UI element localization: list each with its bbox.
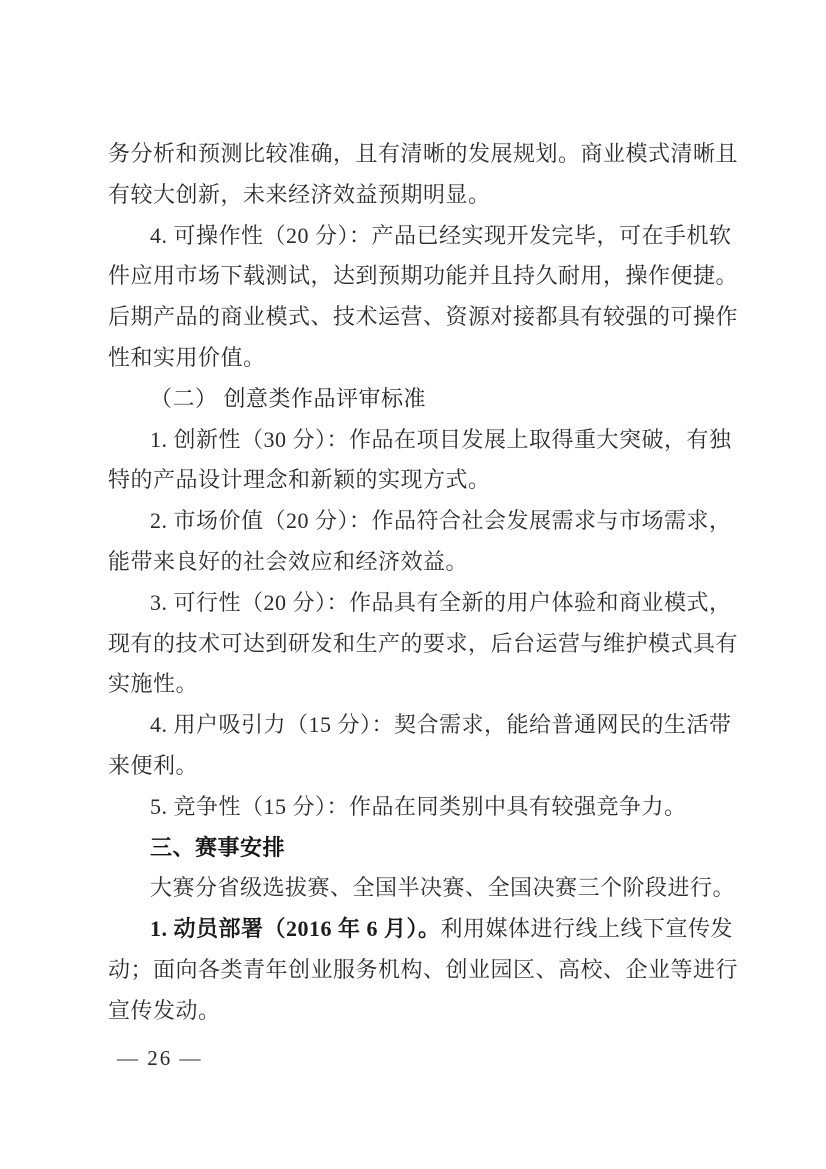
text-segment: 动；面向各类青年创业服务机构、创业园区、高校、企业等进行 [108, 957, 738, 982]
text-segment: 4. 可操作性（20 分）：产品已经实现开发完毕，可在手机软 [150, 223, 732, 248]
text-segment: 能带来良好的社会效应和经济效益。 [108, 549, 468, 574]
text-line: 现有的技术可达到研发和生产的要求，后台运营与维护模式具有 [108, 624, 724, 665]
page-number: — 26 — [117, 1044, 203, 1072]
para-stages: 大赛分省级选拔赛、全国半决赛、全国决赛三个阶段进行。 [108, 868, 724, 909]
para-analysis-continuation: 务分析和预测比较准确，且有清晰的发展规划。商业模式清晰且有较大创新，未来经济效益… [108, 134, 724, 216]
text-line: 动；面向各类青年创业服务机构、创业园区、高校、企业等进行 [108, 950, 724, 991]
heading-creative-criteria: （二） 创意类作品评审标准 [108, 379, 724, 420]
document-body: 务分析和预测比较准确，且有清晰的发展规划。商业模式清晰且有较大创新，未来经济效益… [108, 134, 724, 1032]
text-line: （二） 创意类作品评审标准 [108, 379, 724, 420]
text-line: 2. 市场价值（20 分）：作品符合社会发展需求与市场需求， [108, 501, 724, 542]
para-market-value: 2. 市场价值（20 分）：作品符合社会发展需求与市场需求，能带来良好的社会效应… [108, 501, 724, 583]
text-line: 4. 可操作性（20 分）：产品已经实现开发完毕，可在手机软 [108, 216, 724, 257]
text-line: 件应用市场下载测试，达到预期功能并且持久耐用，操作便捷。 [108, 256, 724, 297]
para-mobilization: 1. 动员部署（2016 年 6 月）。利用媒体进行线上线下宣传发动；面向各类青… [108, 909, 724, 1031]
text-line: 宣传发动。 [108, 991, 724, 1032]
text-line: 务分析和预测比较准确，且有清晰的发展规划。商业模式清晰且 [108, 134, 724, 175]
text-segment: 宣传发动。 [108, 998, 221, 1023]
text-segment: 大赛分省级选拔赛、全国半决赛、全国决赛三个阶段进行。 [150, 875, 735, 900]
bold-lead-text: 1. 动员部署（2016 年 6 月）。 [150, 916, 441, 941]
text-line: 特的产品设计理念和新颖的实现方式。 [108, 460, 724, 501]
text-segment: 1. 创新性（30 分）：作品在项目发展上取得重大突破，有独 [150, 427, 732, 452]
text-segment: 实施性。 [108, 671, 198, 696]
text-line: 实施性。 [108, 664, 724, 705]
text-segment: （二） 创意类作品评审标准 [150, 386, 426, 411]
para-feasibility: 3. 可行性（20 分）：作品具有全新的用户体验和商业模式，现有的技术可达到研发… [108, 583, 724, 705]
text-segment: 特的产品设计理念和新颖的实现方式。 [108, 467, 491, 492]
text-segment: 2. 市场价值（20 分）：作品符合社会发展需求与市场需求， [150, 508, 732, 533]
text-line: 4. 用户吸引力（15 分）：契合需求，能给普通网民的生活带 [108, 705, 724, 746]
text-line: 1. 创新性（30 分）：作品在项目发展上取得重大突破，有独 [108, 420, 724, 461]
text-line: 大赛分省级选拔赛、全国半决赛、全国决赛三个阶段进行。 [108, 868, 724, 909]
text-segment: 4. 用户吸引力（15 分）：契合需求，能给普通网民的生活带 [150, 712, 732, 737]
text-line: 三、赛事安排 [108, 828, 724, 869]
text-segment: 利用媒体进行线上线下宣传发 [441, 916, 734, 941]
text-line: 来便利。 [108, 746, 724, 787]
text-segment: 三、赛事安排 [150, 835, 285, 860]
text-line: 5. 竞争性（15 分）：作品在同类别中具有较强竞争力。 [108, 787, 724, 828]
text-segment: 来便利。 [108, 753, 198, 778]
para-innovation: 1. 创新性（30 分）：作品在项目发展上取得重大突破，有独特的产品设计理念和新… [108, 420, 724, 502]
text-line: 性和实用价值。 [108, 338, 724, 379]
para-user-appeal: 4. 用户吸引力（15 分）：契合需求，能给普通网民的生活带来便利。 [108, 705, 724, 787]
text-segment: 3. 可行性（20 分）：作品具有全新的用户体验和商业模式， [150, 590, 732, 615]
text-line: 1. 动员部署（2016 年 6 月）。利用媒体进行线上线下宣传发 [108, 909, 724, 950]
para-competitiveness: 5. 竞争性（15 分）：作品在同类别中具有较强竞争力。 [108, 787, 724, 828]
text-line: 有较大创新，未来经济效益预期明显。 [108, 175, 724, 216]
document-page: 务分析和预测比较准确，且有清晰的发展规划。商业模式清晰且有较大创新，未来经济效益… [0, 0, 826, 1169]
heading-event-arrangement: 三、赛事安排 [108, 828, 724, 869]
text-segment: 后期产品的商业模式、技术运营、资源对接都具有较强的可操作 [108, 304, 738, 329]
text-segment: 现有的技术可达到研发和生产的要求，后台运营与维护模式具有 [108, 631, 738, 656]
text-segment: 性和实用价值。 [108, 345, 266, 370]
text-line: 能带来良好的社会效应和经济效益。 [108, 542, 724, 583]
text-line: 3. 可行性（20 分）：作品具有全新的用户体验和商业模式， [108, 583, 724, 624]
text-segment: 务分析和预测比较准确，且有清晰的发展规划。商业模式清晰且 [108, 141, 738, 166]
text-segment: 5. 竞争性（15 分）：作品在同类别中具有较强竞争力。 [150, 794, 687, 819]
text-segment: 有较大创新，未来经济效益预期明显。 [108, 182, 491, 207]
para-operability: 4. 可操作性（20 分）：产品已经实现开发完毕，可在手机软件应用市场下载测试，… [108, 216, 724, 379]
text-line: 后期产品的商业模式、技术运营、资源对接都具有较强的可操作 [108, 297, 724, 338]
text-segment: 件应用市场下载测试，达到预期功能并且持久耐用，操作便捷。 [108, 263, 738, 288]
